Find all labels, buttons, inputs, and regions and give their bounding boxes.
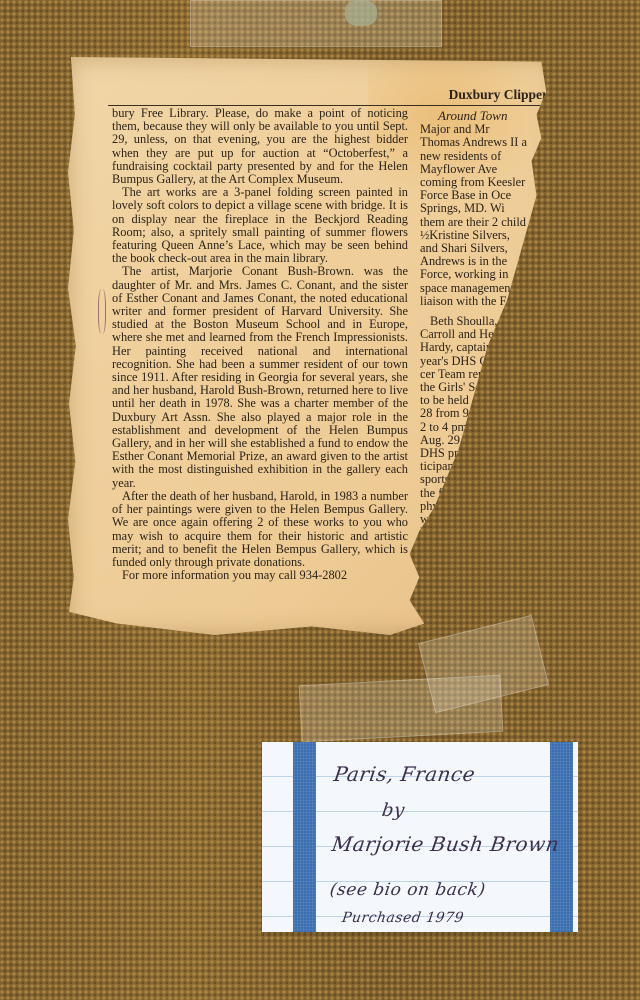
tape-residue <box>345 0 377 26</box>
index-card: Paris, France by Marjorie Bush Brown (se… <box>262 742 578 932</box>
right-column-line: will gi <box>420 566 550 579</box>
handwritten-purchase-date: Purchased 1979 <box>341 910 465 926</box>
card-blue-band-left <box>293 742 316 932</box>
right-column-line: of last y <box>420 540 550 553</box>
right-column-line: ning te <box>420 553 550 566</box>
paper-aging-shadow <box>68 57 556 635</box>
newspaper-clipping: Duxbury Clipper bury Free Library. Pleas… <box>68 57 556 635</box>
right-column-line: will be a <box>420 513 550 526</box>
handwritten-title: Paris, France <box>332 762 477 786</box>
handwritten-artist: Marjorie Bush Brown <box>330 832 561 856</box>
right-column-line: physician. <box>420 500 550 513</box>
handwritten-by: by <box>381 800 407 821</box>
handwritten-note: (see bio on back) <box>329 880 487 900</box>
tape-strip-bottom-left <box>299 675 504 742</box>
right-column-line: having lo <box>420 526 550 539</box>
right-column-line: shoot <box>420 579 550 592</box>
tape-strip-top <box>190 0 442 47</box>
